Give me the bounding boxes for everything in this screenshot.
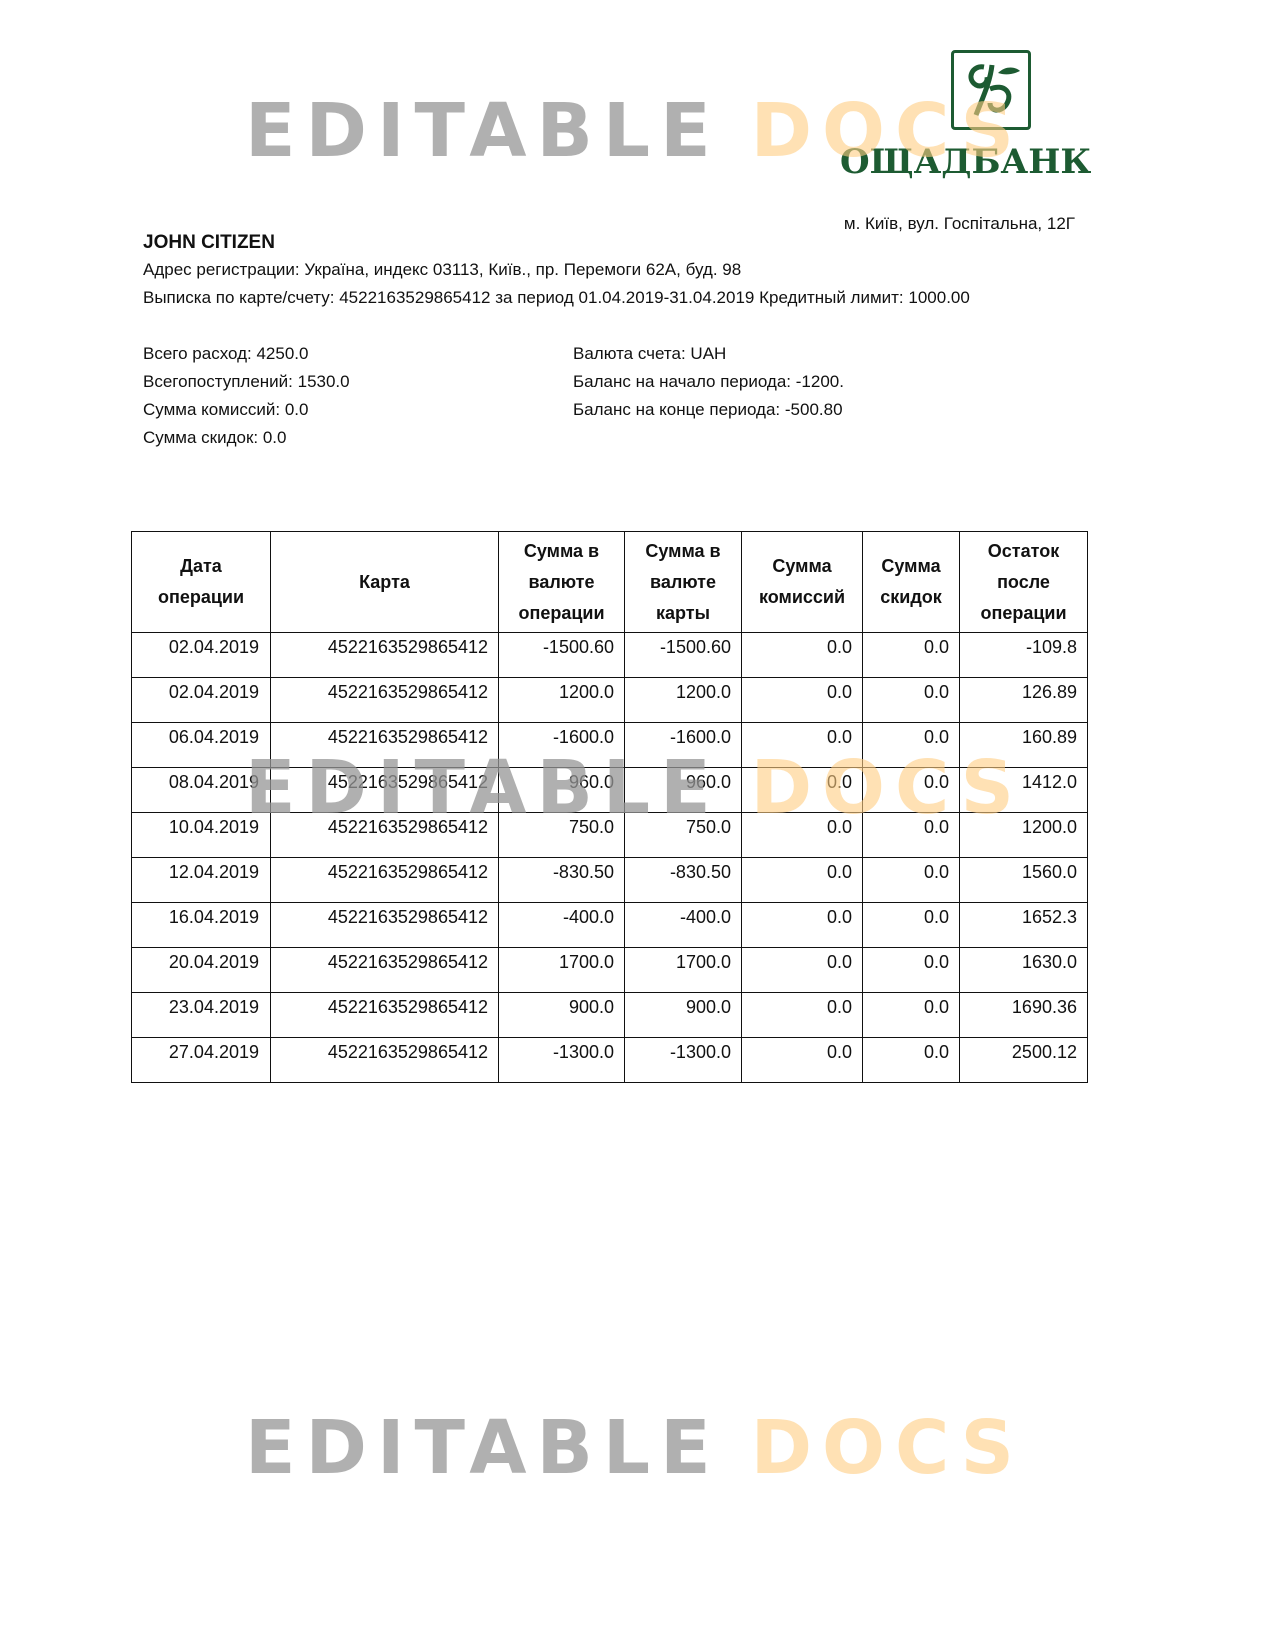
cell-amount-op-currency: 1200.0: [499, 678, 625, 723]
cell-date: 02.04.2019: [132, 633, 271, 678]
column-header-balance-after: Остатокпослеоперации: [960, 532, 1088, 633]
table-row: 23.04.20194522163529865412900.0900.00.00…: [132, 993, 1088, 1038]
table-row: 27.04.20194522163529865412-1300.0-1300.0…: [132, 1038, 1088, 1083]
cell-amount-card-currency: 750.0: [625, 813, 742, 858]
cell-balance-after: 1690.36: [960, 993, 1088, 1038]
cell-card: 4522163529865412: [271, 1038, 499, 1083]
cell-commission: 0.0: [742, 768, 863, 813]
bank-name: ОЩАДБАНК: [840, 142, 1070, 182]
cell-discount: 0.0: [863, 993, 960, 1038]
total-expense: Всего расход: 4250.0: [143, 340, 350, 368]
cell-amount-op-currency: -400.0: [499, 903, 625, 948]
column-header-discount: Суммаскидок: [863, 532, 960, 633]
cell-card: 4522163529865412: [271, 678, 499, 723]
cell-amount-op-currency: 900.0: [499, 993, 625, 1038]
opening-balance: Баланс на начало периода: -1200.: [573, 368, 844, 396]
cell-amount-op-currency: 960.0: [499, 768, 625, 813]
column-header-amount-card-currency: Сумма ввалютекарты: [625, 532, 742, 633]
cell-balance-after: 1560.0: [960, 858, 1088, 903]
cell-date: 02.04.2019: [132, 678, 271, 723]
cell-date: 27.04.2019: [132, 1038, 271, 1083]
table-row: 08.04.20194522163529865412960.0960.00.00…: [132, 768, 1088, 813]
cell-date: 12.04.2019: [132, 858, 271, 903]
table-row: 12.04.20194522163529865412-830.50-830.50…: [132, 858, 1088, 903]
cell-commission: 0.0: [742, 948, 863, 993]
total-discount: Сумма скидок: 0.0: [143, 424, 350, 452]
cell-commission: 0.0: [742, 903, 863, 948]
cell-amount-card-currency: -1600.0: [625, 723, 742, 768]
oschadbank-leaf-logo-icon: [951, 50, 1031, 130]
cell-card: 4522163529865412: [271, 768, 499, 813]
account-currency: Валюта счета: UAH: [573, 340, 844, 368]
statement-info: Выписка по карте/счету: 4522163529865412…: [143, 288, 970, 308]
summary-right: Валюта счета: UAH Баланс на начало перио…: [573, 340, 844, 424]
bank-logo: ОЩАДБАНК: [840, 50, 1070, 190]
cell-date: 16.04.2019: [132, 903, 271, 948]
cell-card: 4522163529865412: [271, 948, 499, 993]
bank-address: м. Київ, вул. Госпітальна, 12Г: [844, 214, 1075, 234]
cell-discount: 0.0: [863, 1038, 960, 1083]
cell-balance-after: 1412.0: [960, 768, 1088, 813]
cell-balance-after: 1200.0: [960, 813, 1088, 858]
table-row: 02.04.201945221635298654121200.01200.00.…: [132, 678, 1088, 723]
total-income: Всегопоступлений: 1530.0: [143, 368, 350, 396]
cell-balance-after: 2500.12: [960, 1038, 1088, 1083]
cell-commission: 0.0: [742, 633, 863, 678]
cell-commission: 0.0: [742, 993, 863, 1038]
cell-commission: 0.0: [742, 678, 863, 723]
column-header-amount-op-currency: Сумма ввалютеоперации: [499, 532, 625, 633]
cell-commission: 0.0: [742, 858, 863, 903]
table-row: 02.04.20194522163529865412-1500.60-1500.…: [132, 633, 1088, 678]
watermark: EDITABLEDOCS: [245, 1405, 1024, 1491]
cell-amount-op-currency: -830.50: [499, 858, 625, 903]
cell-date: 20.04.2019: [132, 948, 271, 993]
cell-discount: 0.0: [863, 723, 960, 768]
client-name: JOHN CITIZEN: [143, 232, 275, 254]
cell-discount: 0.0: [863, 858, 960, 903]
cell-discount: 0.0: [863, 813, 960, 858]
cell-amount-card-currency: -1300.0: [625, 1038, 742, 1083]
cell-card: 4522163529865412: [271, 993, 499, 1038]
cell-amount-card-currency: -1500.60: [625, 633, 742, 678]
cell-balance-after: -109.8: [960, 633, 1088, 678]
cell-amount-op-currency: -1300.0: [499, 1038, 625, 1083]
cell-amount-op-currency: 1700.0: [499, 948, 625, 993]
client-address: Адрес регистрации: Україна, индекс 03113…: [143, 260, 741, 280]
cell-card: 4522163529865412: [271, 903, 499, 948]
cell-discount: 0.0: [863, 678, 960, 723]
table-row: 06.04.20194522163529865412-1600.0-1600.0…: [132, 723, 1088, 768]
cell-amount-card-currency: 900.0: [625, 993, 742, 1038]
cell-amount-card-currency: 1200.0: [625, 678, 742, 723]
cell-commission: 0.0: [742, 723, 863, 768]
cell-commission: 0.0: [742, 1038, 863, 1083]
cell-date: 06.04.2019: [132, 723, 271, 768]
cell-balance-after: 1630.0: [960, 948, 1088, 993]
cell-balance-after: 160.89: [960, 723, 1088, 768]
cell-amount-op-currency: -1500.60: [499, 633, 625, 678]
cell-date: 23.04.2019: [132, 993, 271, 1038]
total-commission: Сумма комиссий: 0.0: [143, 396, 350, 424]
transactions-table: ДатаоперацииКартаСумма ввалютеоперацииСу…: [131, 531, 1088, 1083]
column-header-card: Карта: [271, 532, 499, 633]
cell-card: 4522163529865412: [271, 858, 499, 903]
column-header-date: Датаоперации: [132, 532, 271, 633]
table-header-row: ДатаоперацииКартаСумма ввалютеоперацииСу…: [132, 532, 1088, 633]
cell-discount: 0.0: [863, 903, 960, 948]
cell-amount-card-currency: 1700.0: [625, 948, 742, 993]
cell-amount-op-currency: -1600.0: [499, 723, 625, 768]
column-header-commission: Суммакомиссий: [742, 532, 863, 633]
statement-page: ОЩАДБАНК м. Київ, вул. Госпітальна, 12Г …: [0, 0, 1275, 1650]
summary-left: Всего расход: 4250.0 Всегопоступлений: 1…: [143, 340, 350, 452]
cell-balance-after: 126.89: [960, 678, 1088, 723]
cell-amount-card-currency: 960.0: [625, 768, 742, 813]
cell-discount: 0.0: [863, 948, 960, 993]
cell-commission: 0.0: [742, 813, 863, 858]
cell-discount: 0.0: [863, 633, 960, 678]
cell-card: 4522163529865412: [271, 723, 499, 768]
cell-card: 4522163529865412: [271, 813, 499, 858]
cell-discount: 0.0: [863, 768, 960, 813]
cell-date: 08.04.2019: [132, 768, 271, 813]
table-row: 10.04.20194522163529865412750.0750.00.00…: [132, 813, 1088, 858]
cell-amount-card-currency: -830.50: [625, 858, 742, 903]
cell-balance-after: 1652.3: [960, 903, 1088, 948]
cell-amount-op-currency: 750.0: [499, 813, 625, 858]
cell-date: 10.04.2019: [132, 813, 271, 858]
table-row: 16.04.20194522163529865412-400.0-400.00.…: [132, 903, 1088, 948]
cell-card: 4522163529865412: [271, 633, 499, 678]
table-row: 20.04.201945221635298654121700.01700.00.…: [132, 948, 1088, 993]
cell-amount-card-currency: -400.0: [625, 903, 742, 948]
table-body: 02.04.20194522163529865412-1500.60-1500.…: [132, 633, 1088, 1083]
closing-balance: Баланс на конце периода: -500.80: [573, 396, 844, 424]
